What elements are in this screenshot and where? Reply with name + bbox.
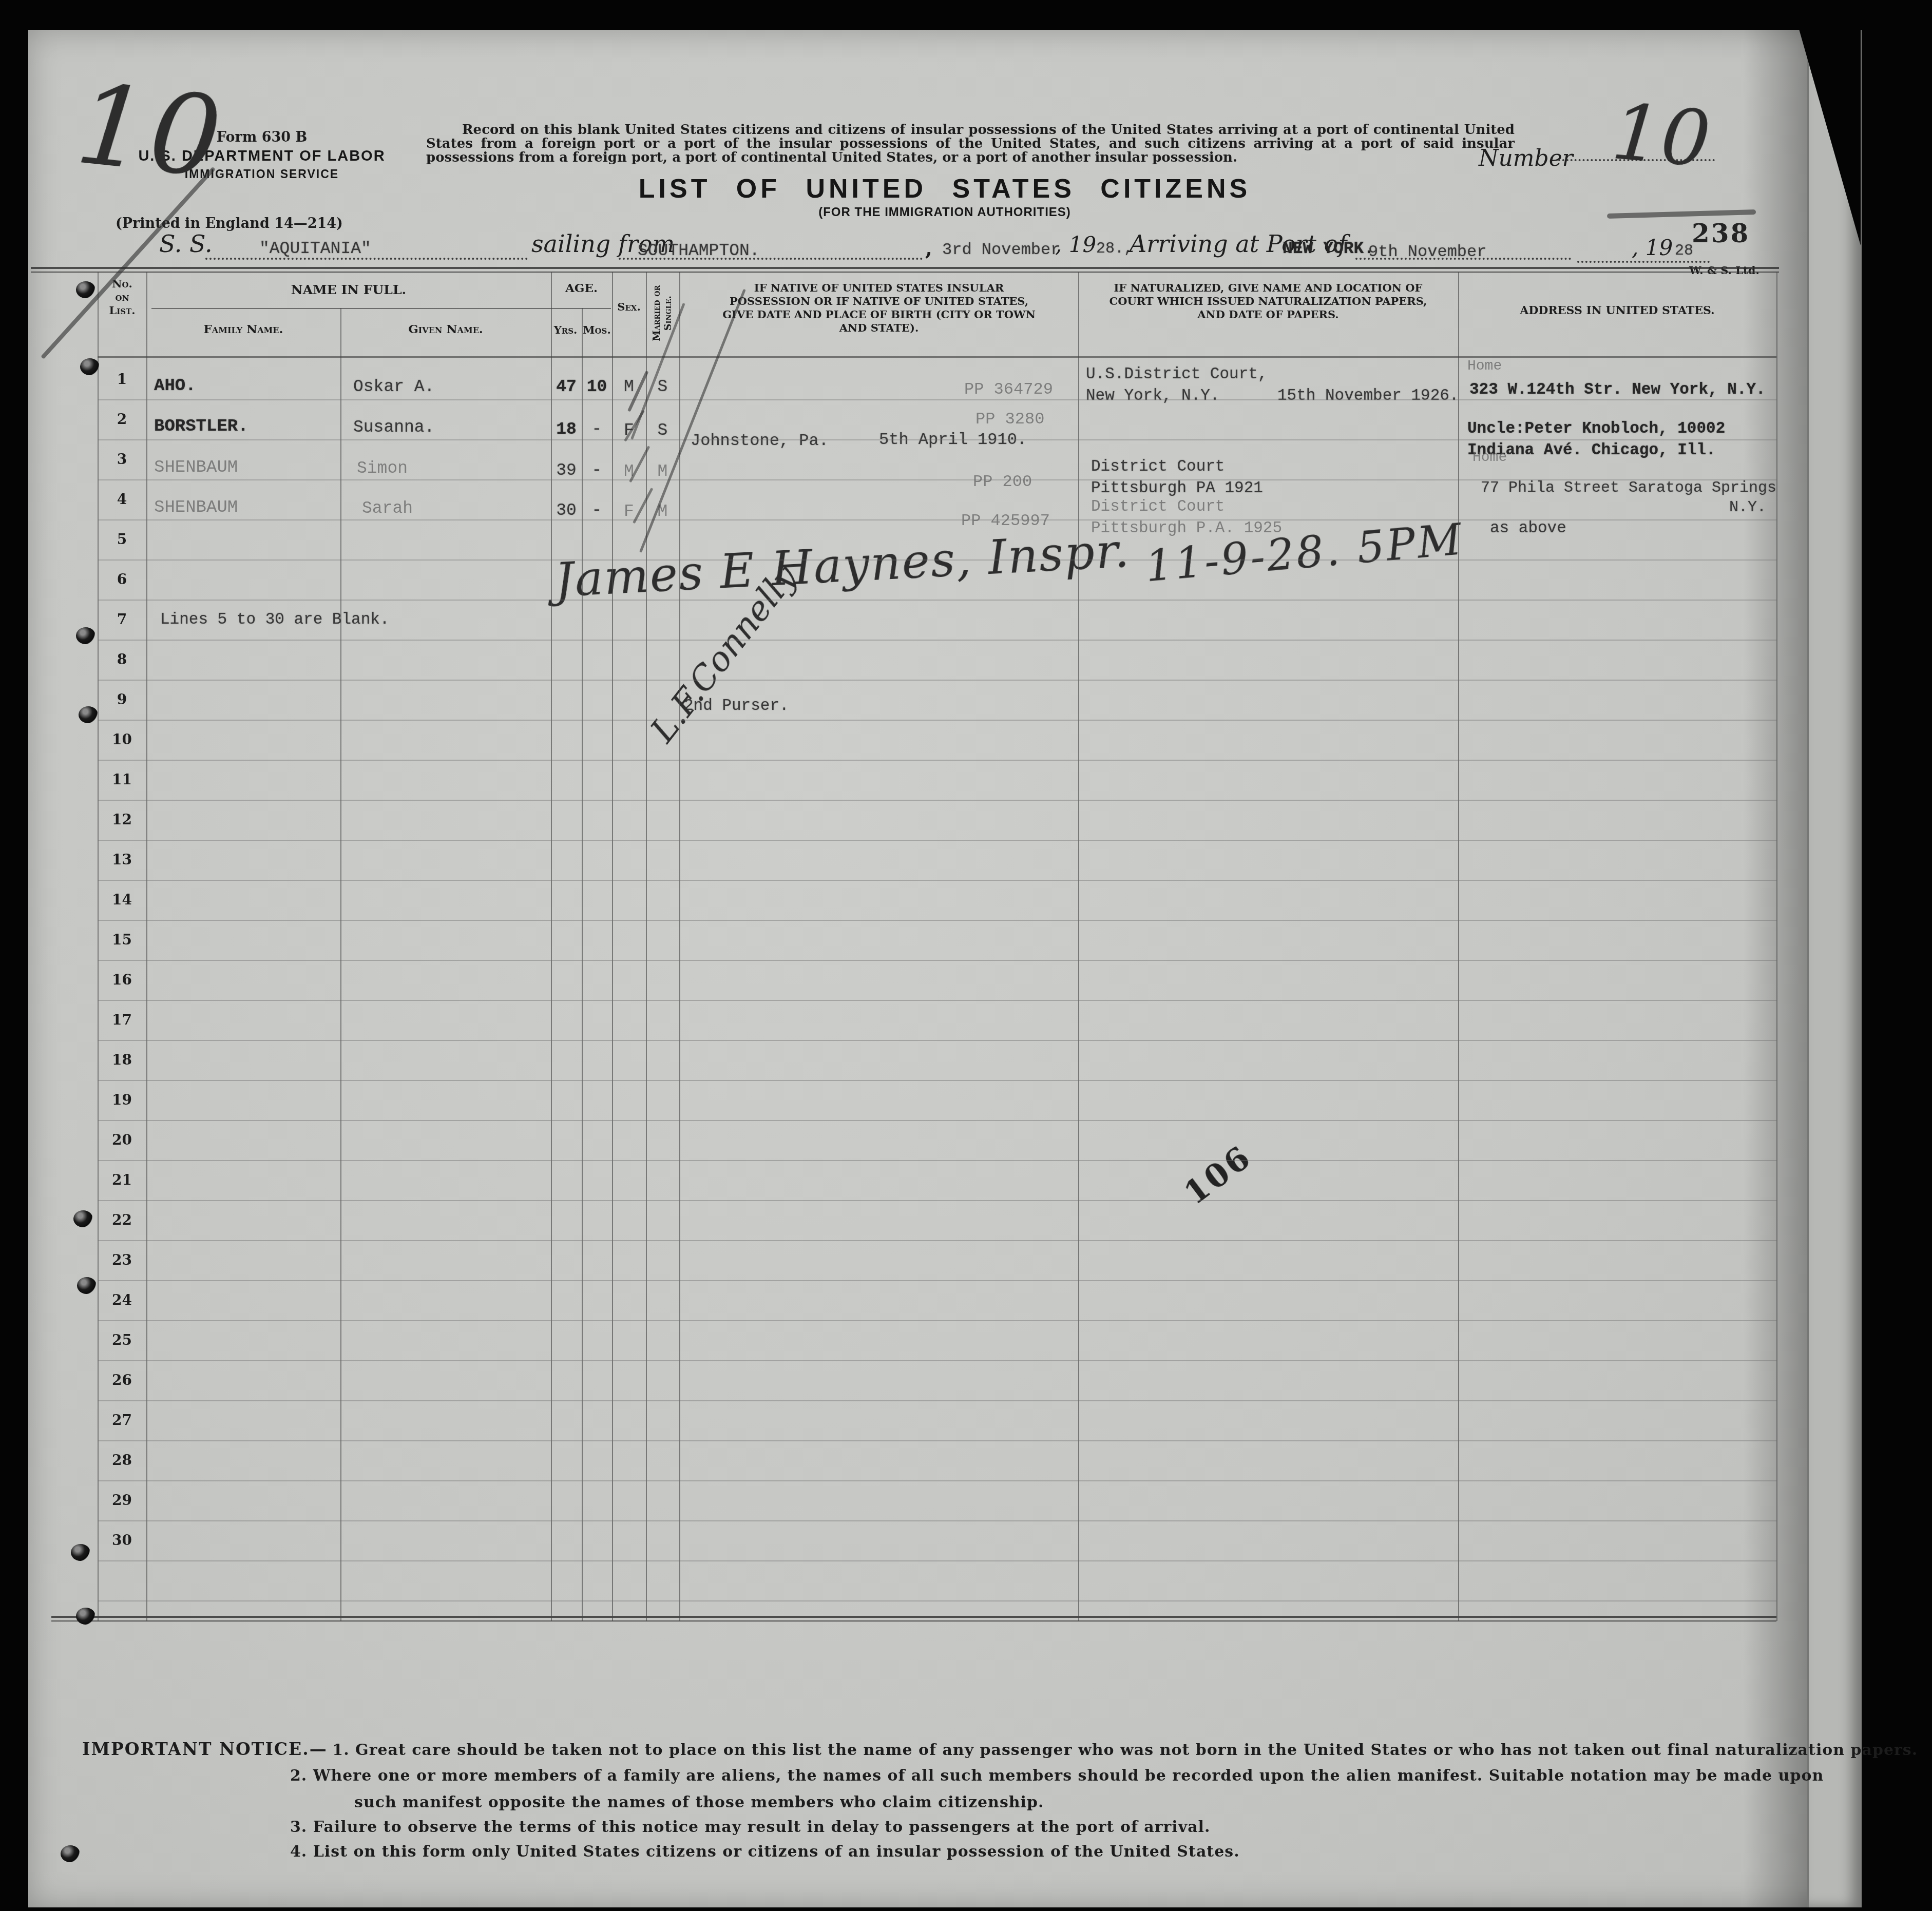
line-number: 11 (98, 771, 146, 788)
column-divider (146, 272, 147, 1621)
hole-punch (73, 1210, 93, 1227)
departure-date: 3rd November (942, 240, 1060, 259)
column-divider (646, 272, 647, 1621)
row-line (98, 1160, 1776, 1161)
row-line (98, 1320, 1776, 1321)
row-age-mos: - (582, 461, 612, 480)
table-top-rule (31, 272, 1779, 273)
row-address: Uncle:Peter Knobloch, 10002 (1467, 420, 1725, 438)
col-header-yrs: Yrs. (549, 323, 582, 336)
col-header-address: ADDRESS IN UNITED STATES. (1466, 304, 1769, 317)
row-passport-number: PP 200 (973, 472, 1032, 491)
line-number: 5 (98, 531, 146, 548)
col-header-sex: Sex. (612, 300, 646, 313)
row-age-yrs: 30 (551, 501, 582, 520)
line-number: 30 (98, 1532, 146, 1549)
column-divider (612, 272, 613, 1621)
row-address: 77 Phila Street Saratoga Springs (1481, 479, 1776, 497)
row-address-label: Home (1467, 358, 1502, 374)
col-header-naturalization: IF NATURALIZED, GIVE NAME AND LOCATION O… (1109, 281, 1427, 321)
row-passport-number: PP 3280 (975, 410, 1044, 429)
line-number: 24 (98, 1291, 146, 1308)
row-married-single: S (646, 421, 679, 440)
line-number: 2 (98, 411, 146, 428)
header-sub-rule (151, 308, 611, 309)
row-line (98, 439, 1776, 440)
column-divider (340, 308, 341, 1621)
ship-name: "AQUITANIA" (259, 239, 371, 258)
row-line (98, 1200, 1776, 1201)
row-family-name: SHENBAUM (154, 498, 238, 517)
line-number: 20 (98, 1131, 146, 1148)
col-header-birth: IF NATIVE OF UNITED STATES INSULAR POSSE… (715, 281, 1043, 335)
line-number: 15 (98, 931, 146, 948)
page-title: LIST OF UNITED STATES CITIZENS (606, 173, 1284, 204)
hole-punch (61, 1845, 80, 1862)
comma-printed: , (925, 236, 932, 260)
row-age-mos: - (582, 501, 612, 520)
hole-punch (76, 627, 95, 644)
row-line (98, 1440, 1776, 1441)
row-address: N.Y. (1729, 499, 1766, 516)
row-given-name: Simon (357, 459, 408, 478)
row-line (98, 479, 1776, 480)
line-number: 27 (98, 1412, 146, 1429)
important-notice-item-continued: such manifest opposite the names of thos… (354, 1793, 1044, 1811)
row-court-location: New York, N.Y. (1086, 387, 1219, 405)
col-header-age: AGE. (551, 281, 612, 295)
row-age-yrs: 18 (551, 420, 582, 439)
important-notice-item: 1. Great care should be taken not to pla… (332, 1741, 1918, 1759)
table-top-rule (31, 267, 1779, 269)
row-line (98, 720, 1776, 721)
row-line (98, 840, 1776, 841)
row-age-yrs: 39 (551, 461, 582, 480)
row-court-name: District Court (1091, 498, 1225, 516)
line-number: 13 (98, 851, 146, 868)
row-given-name: Susanna. (353, 418, 434, 437)
row-line (98, 1520, 1776, 1521)
row-line (98, 1280, 1776, 1281)
arrival-year-typed: 28 (1675, 242, 1693, 260)
line-number: 19 (98, 1091, 146, 1108)
penciled-sheet-number: 10 (71, 60, 230, 203)
row-papers-date: 15th November 1926. (1277, 387, 1459, 405)
hole-punch (79, 706, 98, 723)
hole-punch (80, 358, 100, 375)
row-address-label: Home (1472, 450, 1507, 466)
number-value-handwritten: 10 (1609, 87, 1714, 185)
printer-credit: W. & S. Ltd. (1689, 264, 1759, 277)
line-number: 10 (98, 731, 146, 748)
under-page-edge (1807, 30, 1862, 1907)
arrival-year-printed: , 19 (1632, 235, 1673, 260)
row-line (98, 680, 1776, 681)
line-number: 18 (98, 1051, 146, 1068)
row-sex: F (612, 421, 646, 440)
ss-label: S. S. (159, 230, 213, 258)
row-age-mos: - (582, 420, 612, 439)
row-court-name: District Court (1091, 458, 1225, 476)
column-divider (551, 272, 552, 1621)
table-bottom-rule (51, 1616, 1776, 1618)
row-line (98, 1560, 1776, 1561)
row-line (98, 399, 1776, 400)
hole-punch (76, 1608, 95, 1625)
hole-punch (76, 281, 95, 298)
column-divider (582, 308, 583, 1621)
hole-punch (77, 1277, 97, 1294)
line-number: 3 (98, 451, 146, 468)
row-sex: M (612, 462, 646, 481)
header-bottom-rule (98, 356, 1776, 358)
line-number: 6 (98, 571, 146, 588)
line-number: 7 (98, 611, 146, 628)
arrival-port: NEW YORK. (1283, 239, 1374, 258)
row-line (98, 1480, 1776, 1481)
row-given-name: Sarah (362, 499, 413, 518)
line-number: 25 (98, 1331, 146, 1348)
page-number-stamp: 238 (1692, 218, 1750, 248)
line-number: 28 (98, 1452, 146, 1469)
printed-in-england: (Printed in England 14—214) (116, 216, 343, 231)
important-notice-item: 3. Failure to observe the terms of this … (290, 1818, 1210, 1836)
col-header-family-name: Family Name. (146, 322, 340, 336)
row-family-name: BORSTLER. (154, 417, 248, 436)
row-line (98, 519, 1776, 520)
scanned-manifest-page: Form 630 B U. S. DEPARTMENT OF LABOR IMM… (0, 0, 1932, 1911)
col-header-given-name: Given Name. (340, 322, 551, 336)
row-line (98, 960, 1776, 961)
row-passport-number: PP 364729 (964, 380, 1053, 399)
blank-lines-note: Lines 5 to 30 are Blank. (160, 611, 389, 629)
important-notice-item: 2. Where one or more members of a family… (290, 1767, 1824, 1785)
important-notice-line1: IMPORTANT NOTICE.— 1. Great care should … (82, 1739, 1918, 1759)
departure-year-printed: , 19 (1055, 232, 1096, 257)
line-number: 21 (98, 1171, 146, 1188)
important-notice-heading: IMPORTANT NOTICE.— (82, 1739, 328, 1759)
line-number: 8 (98, 651, 146, 668)
form-instructions: Record on this blank United States citiz… (426, 123, 1515, 165)
line-number: 12 (98, 811, 146, 828)
row-given-name: Oskar A. (353, 377, 434, 396)
row-line (98, 880, 1776, 881)
row-line (98, 1000, 1776, 1001)
row-family-name: SHENBAUM (154, 458, 238, 477)
col-header-name-in-full: NAME IN FULL. (146, 282, 551, 297)
line-number: 9 (98, 691, 146, 708)
row-age-yrs: 47 (551, 377, 582, 396)
row-line (98, 1400, 1776, 1401)
arrival-port-line (1355, 258, 1571, 260)
row-line (98, 1360, 1776, 1361)
row-line (98, 600, 1776, 601)
row-married-single: M (646, 502, 679, 521)
row-line (98, 760, 1776, 761)
line-number: 26 (98, 1372, 146, 1388)
important-notice-item: 4. List on this form only United States … (290, 1843, 1240, 1861)
row-age-mos: 10 (582, 377, 612, 396)
row-court-name: U.S.District Court, (1086, 365, 1267, 383)
row-line (98, 1600, 1776, 1601)
table-bottom-rule (51, 1620, 1776, 1622)
line-number: 14 (98, 891, 146, 908)
column-divider (679, 272, 680, 1621)
col-header-no-on-list: No. on List. (99, 277, 146, 317)
number-label: Number (1479, 145, 1573, 171)
column-divider (1776, 272, 1777, 1621)
row-address: as above (1490, 519, 1566, 537)
line-number: 1 (98, 371, 146, 388)
row-family-name: AHO. (154, 376, 196, 396)
line-number: 4 (98, 491, 146, 508)
row-line (98, 1240, 1776, 1241)
hole-punch (71, 1544, 90, 1561)
row-line (98, 1040, 1776, 1041)
row-line (98, 559, 1776, 561)
line-number: 16 (98, 971, 146, 988)
column-divider (1078, 272, 1079, 1621)
row-address: 323 W.124th Str. New York, N.Y. (1469, 381, 1766, 399)
row-line (98, 640, 1776, 641)
page-subtitle: (FOR THE IMMIGRATION AUTHORITIES) (709, 205, 1181, 220)
row-line (98, 1120, 1776, 1121)
col-header-mos: Mos. (582, 323, 612, 336)
departure-year-typed: 28., (1096, 240, 1133, 258)
row-court-location: Pittsburgh PA 1921 (1091, 479, 1263, 497)
arrival-year-line (1577, 261, 1710, 263)
line-number: 23 (98, 1251, 146, 1268)
row-birth-place: Johnstone, Pa. (691, 431, 829, 450)
column-divider (1458, 272, 1459, 1621)
departure-port: SOUTHAMPTON. (638, 241, 760, 260)
row-line (98, 1080, 1776, 1081)
line-number: 17 (98, 1011, 146, 1028)
row-line (98, 920, 1776, 921)
row-line (98, 800, 1776, 801)
line-number: 29 (98, 1492, 146, 1509)
line-number: 22 (98, 1211, 146, 1228)
